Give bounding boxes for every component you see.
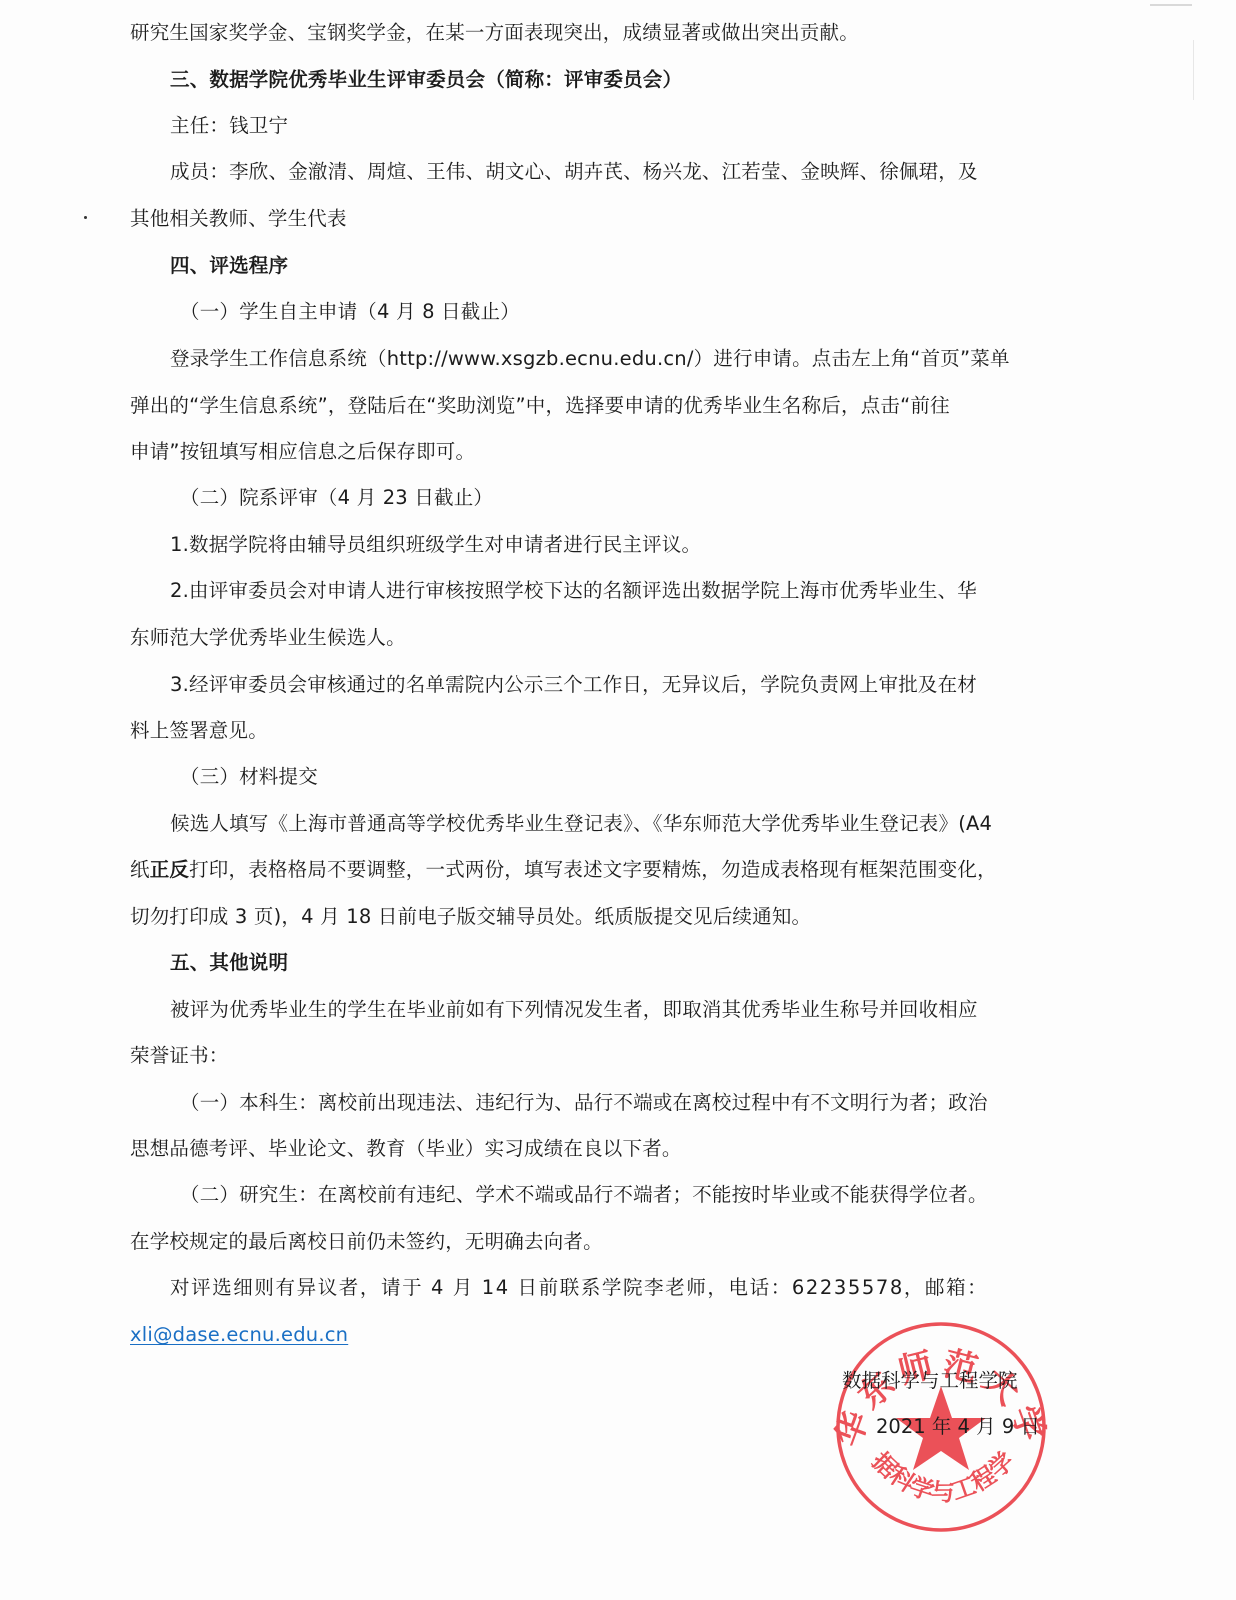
list-item-continued: 东师范大学优秀毕业生候选人。	[130, 625, 406, 651]
paragraph-line: 思想品德考评、毕业论文、教育（毕业）实习成绩在良以下者。	[130, 1136, 682, 1162]
list-item-continued: 料上签署意见。	[130, 718, 268, 744]
paragraph-line: 切勿打印成 3 页)，4 月 18 日前电子版交辅导员处。纸质版提交见后续通知。	[130, 904, 811, 930]
paragraph-line: （二）研究生：在离校前有违纪、学术不端或品行不端者；不能按时毕业或不能获得学位者…	[180, 1182, 988, 1208]
text-run: 纸	[130, 858, 150, 881]
list-item: 2.由评审委员会对申请人进行审核按照学校下达的名额评选出数据学院上海市优秀毕业生…	[170, 578, 977, 604]
list-item: 1.数据学院将由辅导员组织班级学生对申请者进行民主评议。	[170, 532, 701, 558]
section-heading-3: 三、数据学院优秀毕业生评审委员会（简称：评审委员会）	[170, 67, 682, 93]
bold-text-run: 正反	[150, 858, 189, 881]
subsection-title-3: （三）材料提交	[180, 764, 318, 790]
paragraph-line: 申请”按钮填写相应信息之后保存即可。	[130, 439, 475, 465]
signature-date: 2021 年 4 月 9 日	[876, 1414, 1040, 1440]
email-link[interactable]: xli@dase.ecnu.edu.cn	[130, 1322, 348, 1348]
subsection-title-2: （二）院系评审（4 月 23 日截止）	[180, 485, 493, 511]
section-heading-4: 四、评选程序	[170, 253, 288, 279]
text-run: 打印，表格格局不要调整，一式两份，填写表述文字要精炼，勿造成表格现有框架范围变化…	[189, 858, 997, 881]
paragraph-line: （一）本科生：离校前出现违法、违纪行为、品行不端或在离校过程中有不文明行为者；政…	[180, 1090, 988, 1116]
paragraph-line: 纸正反打印，表格格局不要调整，一式两份，填写表述文字要精炼，勿造成表格现有框架范…	[130, 857, 997, 883]
scan-edge-mark	[1150, 4, 1192, 6]
section-heading-5: 五、其他说明	[170, 950, 288, 976]
scan-speck	[84, 216, 87, 219]
committee-director: 主任：钱卫宁	[170, 113, 288, 139]
committee-members: 成员：李欣、金澈清、周煊、王伟、胡文心、胡卉芪、杨兴龙、江若莹、金映辉、徐佩珺，…	[170, 159, 978, 185]
paragraph-line: 弹出的“学生信息系统”，登陆后在“奖助浏览”中，选择要申请的优秀毕业生名称后，点…	[130, 393, 950, 419]
paragraph-line: 在学校规定的最后离校日前仍未签约，无明确去向者。	[130, 1229, 603, 1255]
committee-members-continued: 其他相关教师、学生代表	[130, 206, 347, 232]
paragraph-line: 被评为优秀毕业生的学生在毕业前如有下列情况发生者，即取消其优秀毕业生称号并回收相…	[170, 997, 978, 1023]
paragraph-line: 荣誉证书：	[130, 1043, 229, 1069]
scanned-document-page: 研究生国家奖学金、宝钢奖学金，在某一方面表现突出，成绩显著或做出突出贡献。 三、…	[0, 0, 1236, 1600]
paragraph-line: 研究生国家奖学金、宝钢奖学金，在某一方面表现突出，成绩显著或做出突出贡献。	[130, 20, 859, 46]
contact-line: 对评选细则有异议者，请于 4 月 14 日前联系学院李老师，电话：6223557…	[170, 1275, 988, 1301]
subsection-title-1: （一）学生自主申请（4 月 8 日截止）	[180, 299, 520, 325]
paragraph-line: 候选人填写《上海市普通高等学校优秀毕业生登记表》、《华东师范大学优秀毕业生登记表…	[170, 811, 992, 837]
signature-organization: 数据科学与工程学院	[842, 1368, 1018, 1394]
scan-edge-mark	[1193, 40, 1194, 100]
paragraph-line: 登录学生工作信息系统（http://www.xsgzb.ecnu.edu.cn/…	[170, 346, 1010, 372]
list-item: 3.经评审委员会审核通过的名单需院内公示三个工作日，无异议后，学院负责网上审批及…	[170, 672, 977, 698]
